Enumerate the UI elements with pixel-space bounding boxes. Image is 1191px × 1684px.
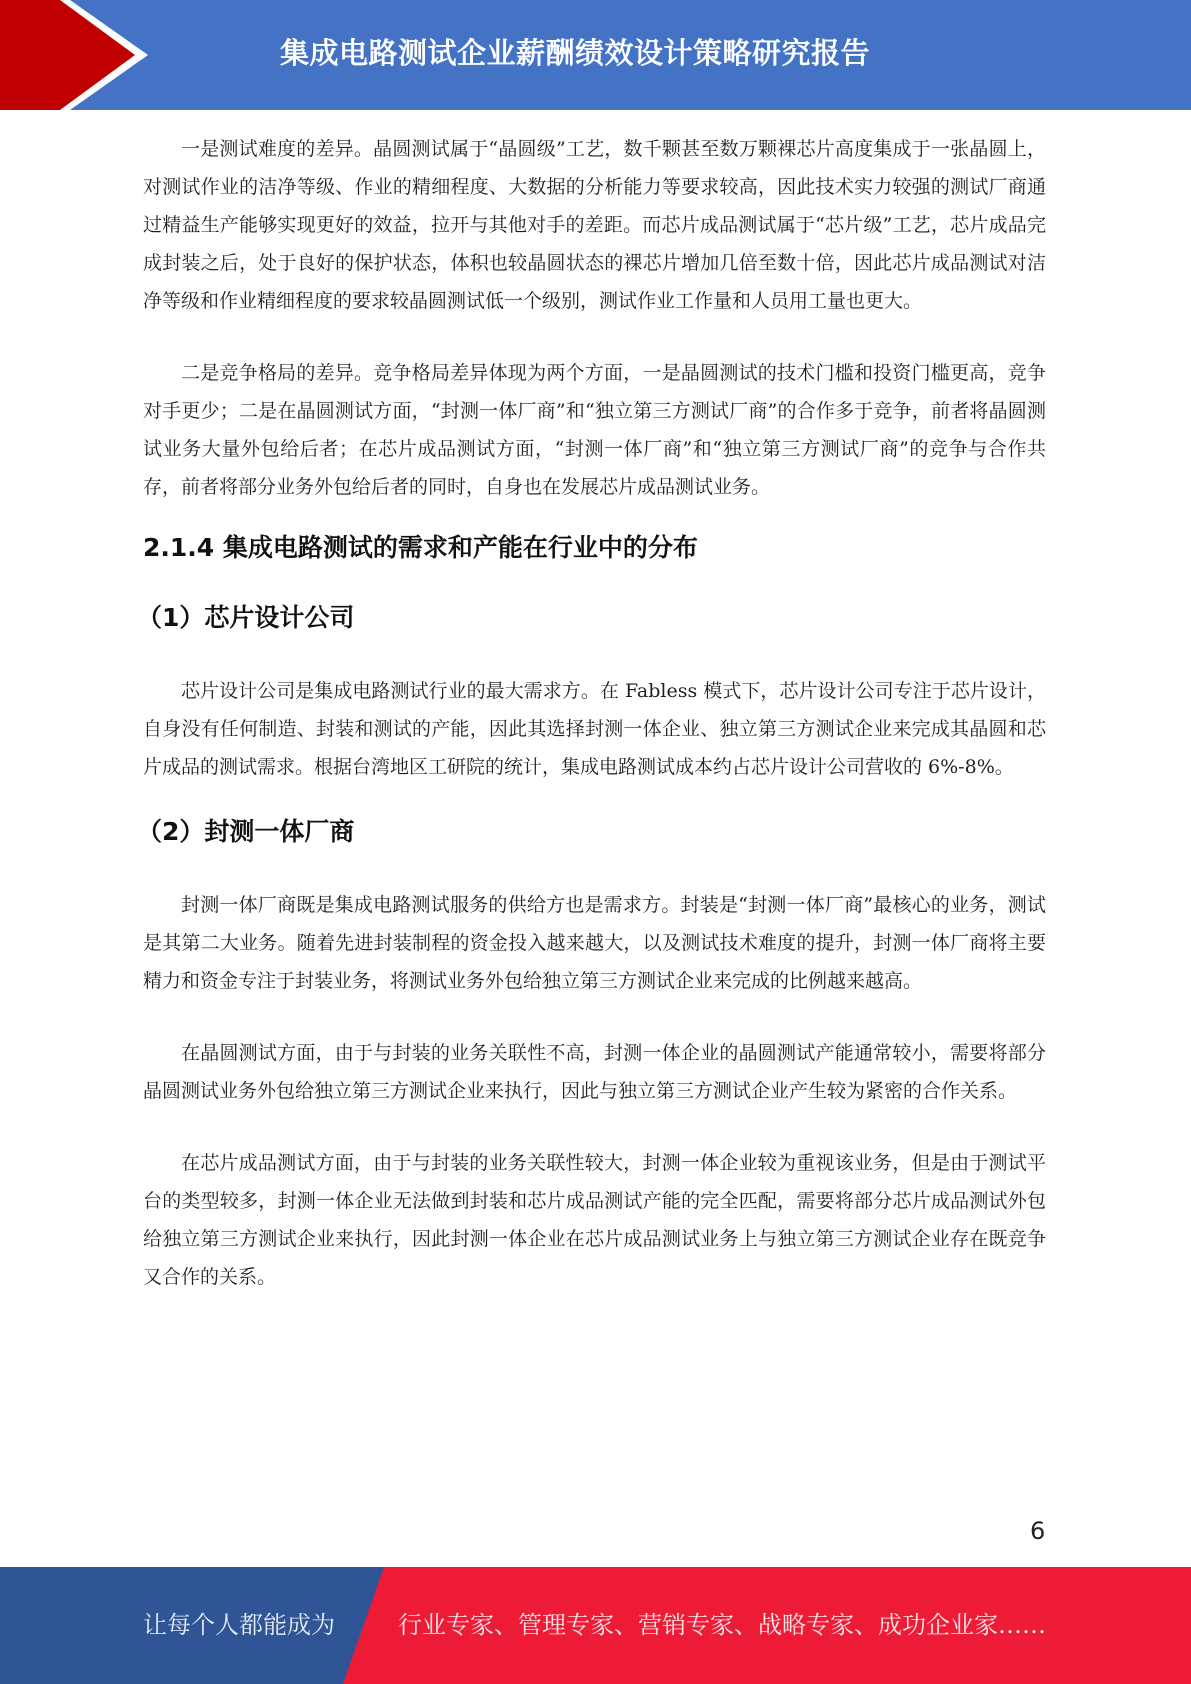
section-heading: 2.1.4 集成电路测试的需求和产能在行业中的分布 <box>143 528 1046 568</box>
subsection-heading-chip-design: （1）芯片设计公司 <box>137 598 1046 638</box>
paragraph-osat-overview: 封测一体厂商既是集成电路测试服务的供给方也是需求方。封装是“封测一体厂商”最核心… <box>143 886 1046 1000</box>
subsection-heading-osat: （2）封测一体厂商 <box>137 812 1046 852</box>
paragraph-competition: 二是竞争格局的差异。竞争格局差异体现为两个方面，一是晶圆测试的技术门槛和投资门槛… <box>143 354 1046 506</box>
paragraph-chip-design: 芯片设计公司是集成电路测试行业的最大需求方。在 Fabless 模式下，芯片设计… <box>143 672 1046 786</box>
page-footer: 让每个人都能成为 行业专家、管理专家、营销专家、战略专家、成功企业家…… <box>0 1567 1191 1684</box>
paragraph-osat-final-test: 在芯片成品测试方面，由于与封装的业务关联性较大，封测一体企业较为重视该业务，但是… <box>143 1144 1046 1296</box>
document-body: 一是测试难度的差异。晶圆测试属于“晶圆级”工艺，数千颗甚至数万颗裸芯片高度集成于… <box>143 130 1046 1330</box>
footer-slogan-right: 行业专家、管理专家、营销专家、战略专家、成功企业家…… <box>398 1567 1046 1684</box>
paragraph-osat-wafer-test: 在晶圆测试方面，由于与封装的业务关联性不高，封测一体企业的晶圆测试产能通常较小，… <box>143 1034 1046 1110</box>
red-arrow-decoration-icon <box>0 0 160 110</box>
footer-slogan-left: 让每个人都能成为 <box>143 1567 335 1684</box>
page-header: 集成电路测试企业薪酬绩效设计策略研究报告 <box>0 0 1191 110</box>
page-number: 6 <box>1030 1517 1045 1545</box>
report-title: 集成电路测试企业薪酬绩效设计策略研究报告 <box>280 28 870 78</box>
paragraph-test-difficulty: 一是测试难度的差异。晶圆测试属于“晶圆级”工艺，数千颗甚至数万颗裸芯片高度集成于… <box>143 130 1046 320</box>
